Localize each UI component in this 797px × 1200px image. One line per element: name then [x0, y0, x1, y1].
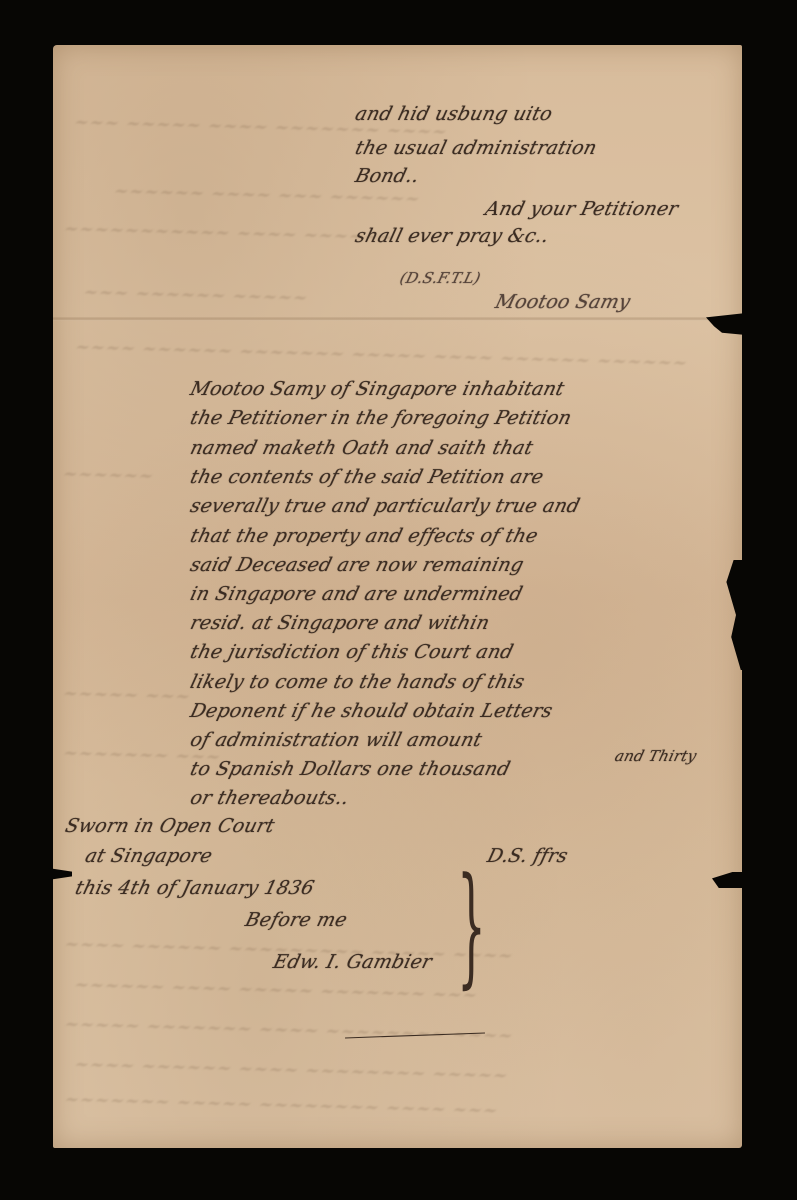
jurat-line: at Singapore [83, 845, 215, 867]
petition-closing-line: Bond.. [353, 165, 422, 187]
bleed-through-line: ~~~~~~~~~~~ ~~~~ ~~~~~~ [61, 219, 398, 248]
affidavit-line: the jurisdiction of this Court and [188, 641, 516, 663]
bleed-through-line: ~~~~~ ~~~~~~~ ~~~~ ~~~~~~~~ ~~~~ [61, 1014, 516, 1046]
affidavit-line: in Singapore and are undermined [188, 583, 525, 605]
affidavit-line: Mootoo Samy of Singapore inhabitant [188, 378, 567, 400]
curly-brace: } [457, 860, 486, 990]
bleed-through-line: ~~~~~ ~~~ [60, 683, 194, 706]
judge-signature: Edw. I. Gambier [271, 951, 434, 973]
manuscript-page: ~~~ ~~~~~ ~~~~ ~~~~~~~ ~~~~ ~~~~~~ ~~~~ … [53, 45, 742, 1148]
jurat-line: this 4th of January 1836 [73, 877, 317, 899]
affidavit-line: named maketh Oath and saith that [188, 437, 535, 459]
affidavit-line: or thereabouts.. [188, 787, 351, 809]
bleed-through-line: ~~~~~~~ ~~~~~ ~~~~~~~~ ~~~~ ~~~ [61, 1089, 501, 1120]
affidavit-line: of administration will amount [188, 729, 484, 751]
bleed-through-line: ~~~~ ~~~~~~ ~~~~ ~~~~~~~~ ~~~~~ [71, 1054, 511, 1085]
affidavit-line: to Spanish Dollars one thousand [188, 758, 513, 780]
bleed-through-line: ~~~~ ~~~~~~ ~~~~~~~ ~~~~~ ~~~~ ~~~~~~ ~~… [72, 337, 691, 373]
bleed-through-line: ~~~~~~ [60, 464, 158, 486]
bleed-through-line: ~~~ ~~~~~~ ~~~~~ [80, 282, 311, 308]
petition-closing-line: the usual administration [353, 137, 599, 159]
paper-fold [53, 317, 742, 321]
affidavit-line: likely to come to the hands of this [188, 671, 527, 693]
petition-closing-line: and hid usbung uito [353, 103, 555, 125]
jurat-line: Sworn in Open Court [63, 815, 277, 837]
affidavit-line: said Deceased are now remaining [188, 554, 526, 576]
bleed-through-line: ~~~~~~ ~~~~ ~~~~~ ~~~~~~~ ~~~ [71, 975, 481, 1006]
deponent-mark: D.S. ffrs [485, 845, 570, 867]
affidavit-line: Deponent if he should obtain Letters [188, 700, 555, 722]
affidavit-line: the contents of the said Petition are [188, 466, 546, 488]
interlineation: and Thirty [613, 747, 699, 765]
petitioner-signature: Mootoo Samy [493, 291, 633, 313]
petition-closing-line: shall ever pray &c.. [353, 225, 551, 247]
reference-mark: (D.S.F.T.L) [398, 269, 483, 287]
affidavit-line: that the property and effects of the [188, 525, 540, 547]
affidavit-line: resid. at Singapore and within [188, 612, 492, 634]
jurat-line: Before me [243, 909, 350, 931]
petition-closing-line: And your Petitioner [483, 198, 681, 220]
affidavit-line: severally true and particularly true and [188, 495, 582, 517]
document-viewer: ~~~ ~~~~~ ~~~~ ~~~~~~~ ~~~~ ~~~~~~ ~~~~ … [0, 0, 797, 1200]
affidavit-line: the Petitioner in the foregoing Petition [188, 407, 574, 429]
